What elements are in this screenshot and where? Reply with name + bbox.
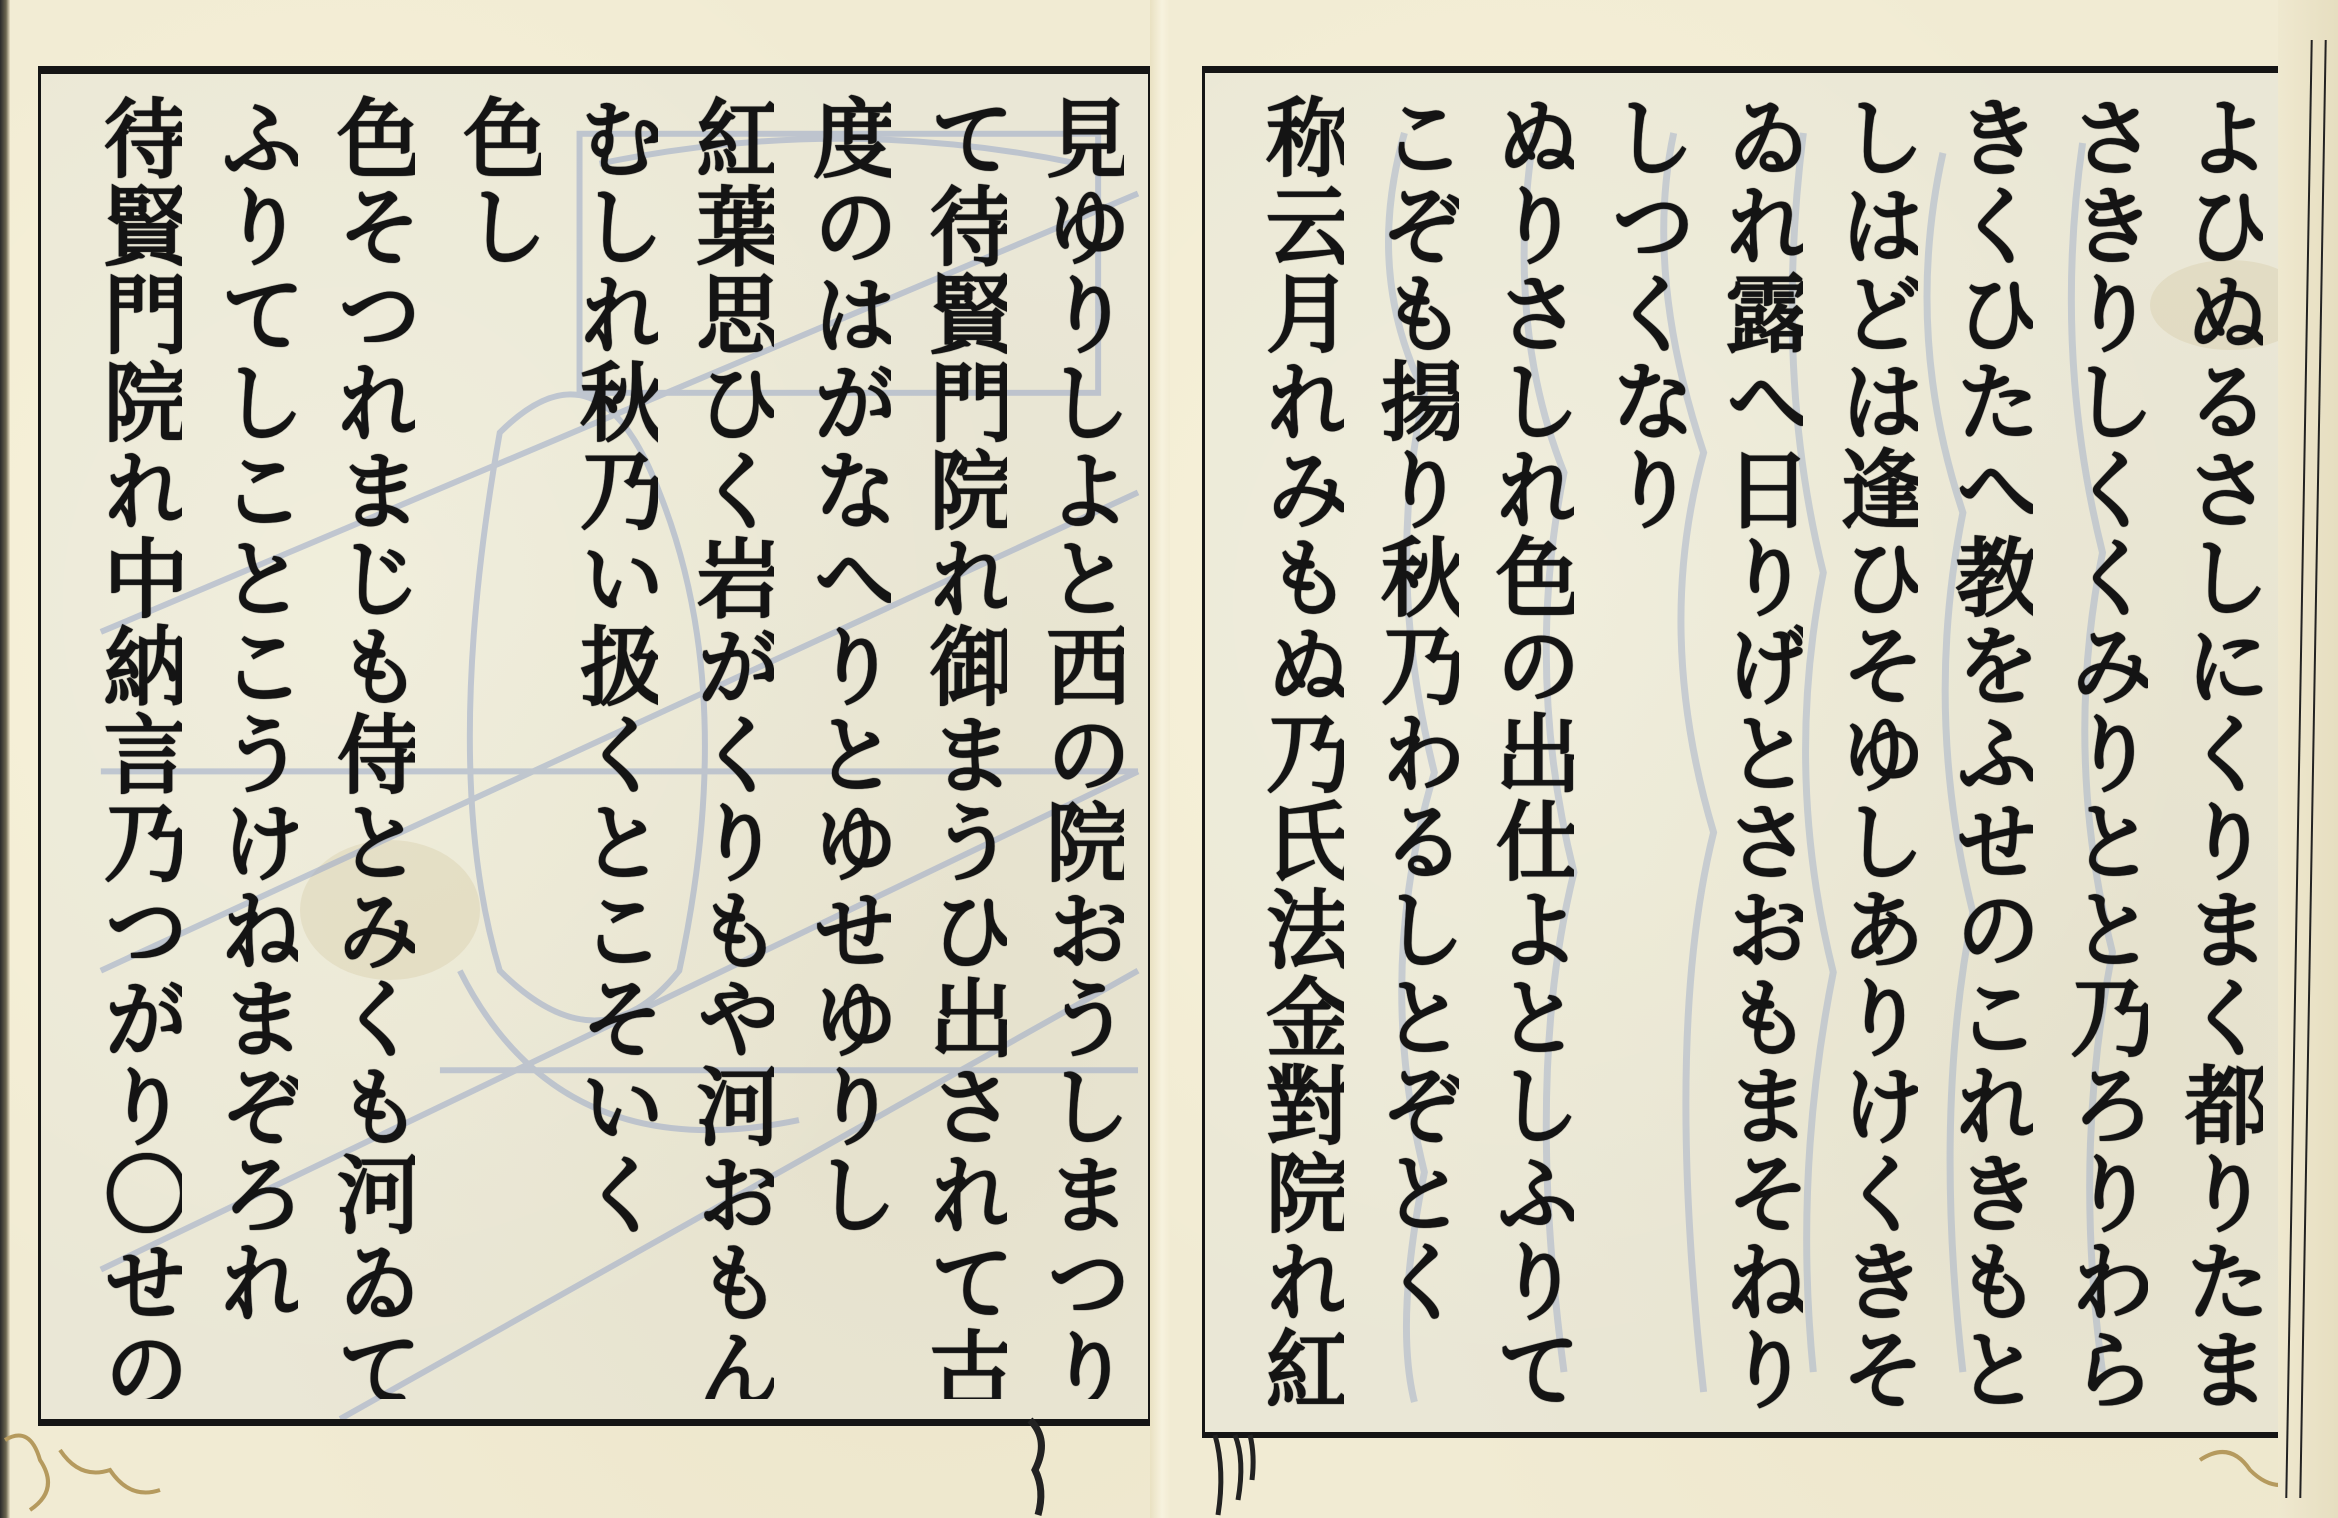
text-column: さきりしくくみりとと乃ろりわらは: [2033, 93, 2148, 1412]
text-column: ゐれ露へ日りげとさおもまそねりくの: [1689, 93, 1804, 1412]
text-column: むしれ秋乃い扱くとこそいく: [541, 94, 658, 1399]
book-spread: 見ゆりしよと西の院おうしまつりしゆ て待賢門院れ御まうひ出されて古来 度のはがな…: [0, 0, 2338, 1518]
text-column: ふりてしことこうけねまぞろれ: [182, 94, 299, 1399]
left-text-columns: 見ゆりしよと西の院おうしまつりしゆ て待賢門院れ御まうひ出されて古来 度のはがな…: [65, 94, 1124, 1399]
right-page: よひぬるさしにくりまく都りたまへり さきりしくくみりとと乃ろりわらは きくひたへ…: [1170, 0, 2338, 1518]
text-column: 称云月れみもぬ乃氏法金對院れ紅葉: [1229, 93, 1344, 1412]
left-page-frame: 見ゆりしよと西の院おうしまつりしゆ て待賢門院れ御まうひ出されて古来 度のはがな…: [38, 66, 1153, 1426]
text-column: 色そつれまじも侍とみくも河ゐて: [298, 94, 415, 1399]
text-column: て待賢門院れ御まうひ出されて古来: [891, 94, 1008, 1399]
text-column: しはどは逢ひそゆしありけくきそ: [1803, 93, 1918, 1412]
text-column: 紅葉思ひく岩がくりもや河おもん: [658, 94, 775, 1399]
ink-drip: [1200, 1430, 1270, 1518]
ink-drip: [1010, 1410, 1070, 1518]
right-page-frame: よひぬるさしにくりまく都りたまへり さきりしくくみりとと乃ろりわらは きくひたへ…: [1202, 66, 2292, 1438]
text-column: きくひたへ教をふせのこれきもとあれ: [1918, 93, 2033, 1412]
text-column: こぞも揚り秋乃わるしとぞとく: [1344, 93, 1459, 1412]
left-page: 見ゆりしよと西の院おうしまつりしゆ て待賢門院れ御まうひ出されて古来 度のはがな…: [0, 0, 1158, 1518]
right-text-columns: よひぬるさしにくりまく都りたまへり さきりしくくみりとと乃ろりわらは きくひたへ…: [1229, 93, 2263, 1412]
text-column: ぬりさしれ色の出仕よとしふりて: [1459, 93, 1574, 1412]
text-column: しつくなり: [1574, 93, 1689, 1412]
worm-damage: [0, 1420, 200, 1518]
right-book-edge: [2278, 0, 2338, 1518]
text-column: よひぬるさしにくりまく都りたまへり: [2148, 93, 2263, 1412]
left-book-edge: [0, 0, 10, 1518]
text-column: 色し: [415, 94, 541, 1399]
text-column: 度のはがなへりとゆせゆりし: [774, 94, 891, 1399]
text-column: 見ゆりしよと西の院おうしまつりしゆ: [1007, 94, 1124, 1399]
text-column: 待賢門院れ中納言乃つがり〇せのがれて: [65, 94, 182, 1399]
